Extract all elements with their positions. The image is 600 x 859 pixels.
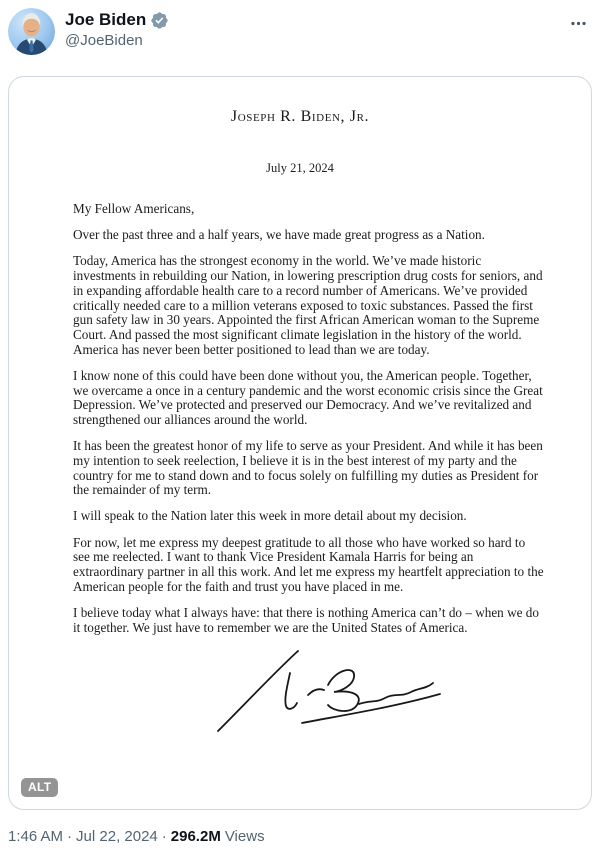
letter-paragraph: I believe today what I always have: that…: [73, 606, 545, 635]
letter-paragraph: I will speak to the Nation later this we…: [73, 509, 545, 524]
letter-salutation: My Fellow Americans,: [73, 202, 545, 217]
signature-scribble: [204, 647, 449, 733]
letter: Joseph R. Biden, Jr. July 21, 2024 My Fe…: [9, 108, 591, 733]
avatar[interactable]: [8, 8, 55, 55]
letterhead: Joseph R. Biden, Jr.: [9, 108, 591, 126]
more-button[interactable]: [565, 10, 592, 37]
timestamp-date: Jul 22, 2024: [76, 828, 158, 845]
letter-date: July 21, 2024: [9, 161, 591, 176]
letter-paragraph: I know none of this could have been done…: [73, 369, 545, 428]
signature: [204, 647, 591, 733]
author-name[interactable]: Joe Biden: [65, 10, 146, 30]
verified-badge-icon[interactable]: [150, 11, 169, 30]
letter-paragraph: For now, let me express my deepest grati…: [73, 536, 545, 595]
timestamp-time: 1:46 AM: [8, 828, 63, 845]
author-block: Joe Biden @JoeBiden: [65, 8, 565, 51]
tweet-header: Joe Biden @JoeBiden: [8, 8, 592, 55]
views-count: 296.2M: [171, 828, 221, 845]
separator-dot: ·: [158, 828, 171, 845]
separator-dot: ·: [63, 828, 76, 845]
letter-body: My Fellow Americans, Over the past three…: [73, 202, 545, 635]
tweet-footer: 1:46 AM·Jul 22, 2024·296.2MViews: [8, 827, 592, 847]
letter-paragraph: It has been the greatest honor of my lif…: [73, 439, 545, 498]
tweet: Joe Biden @JoeBiden Joseph R. Biden, Jr.…: [0, 0, 600, 847]
letter-paragraph: Today, America has the strongest economy…: [73, 254, 545, 357]
more-icon: [569, 14, 588, 33]
author-handle[interactable]: @JoeBiden: [65, 31, 565, 51]
alt-badge[interactable]: ALT: [21, 778, 58, 797]
tweet-image-letter[interactable]: Joseph R. Biden, Jr. July 21, 2024 My Fe…: [8, 76, 592, 810]
views-label: Views: [225, 828, 265, 845]
letter-paragraph: Over the past three and a half years, we…: [73, 228, 545, 243]
avatar-image: [8, 8, 55, 55]
